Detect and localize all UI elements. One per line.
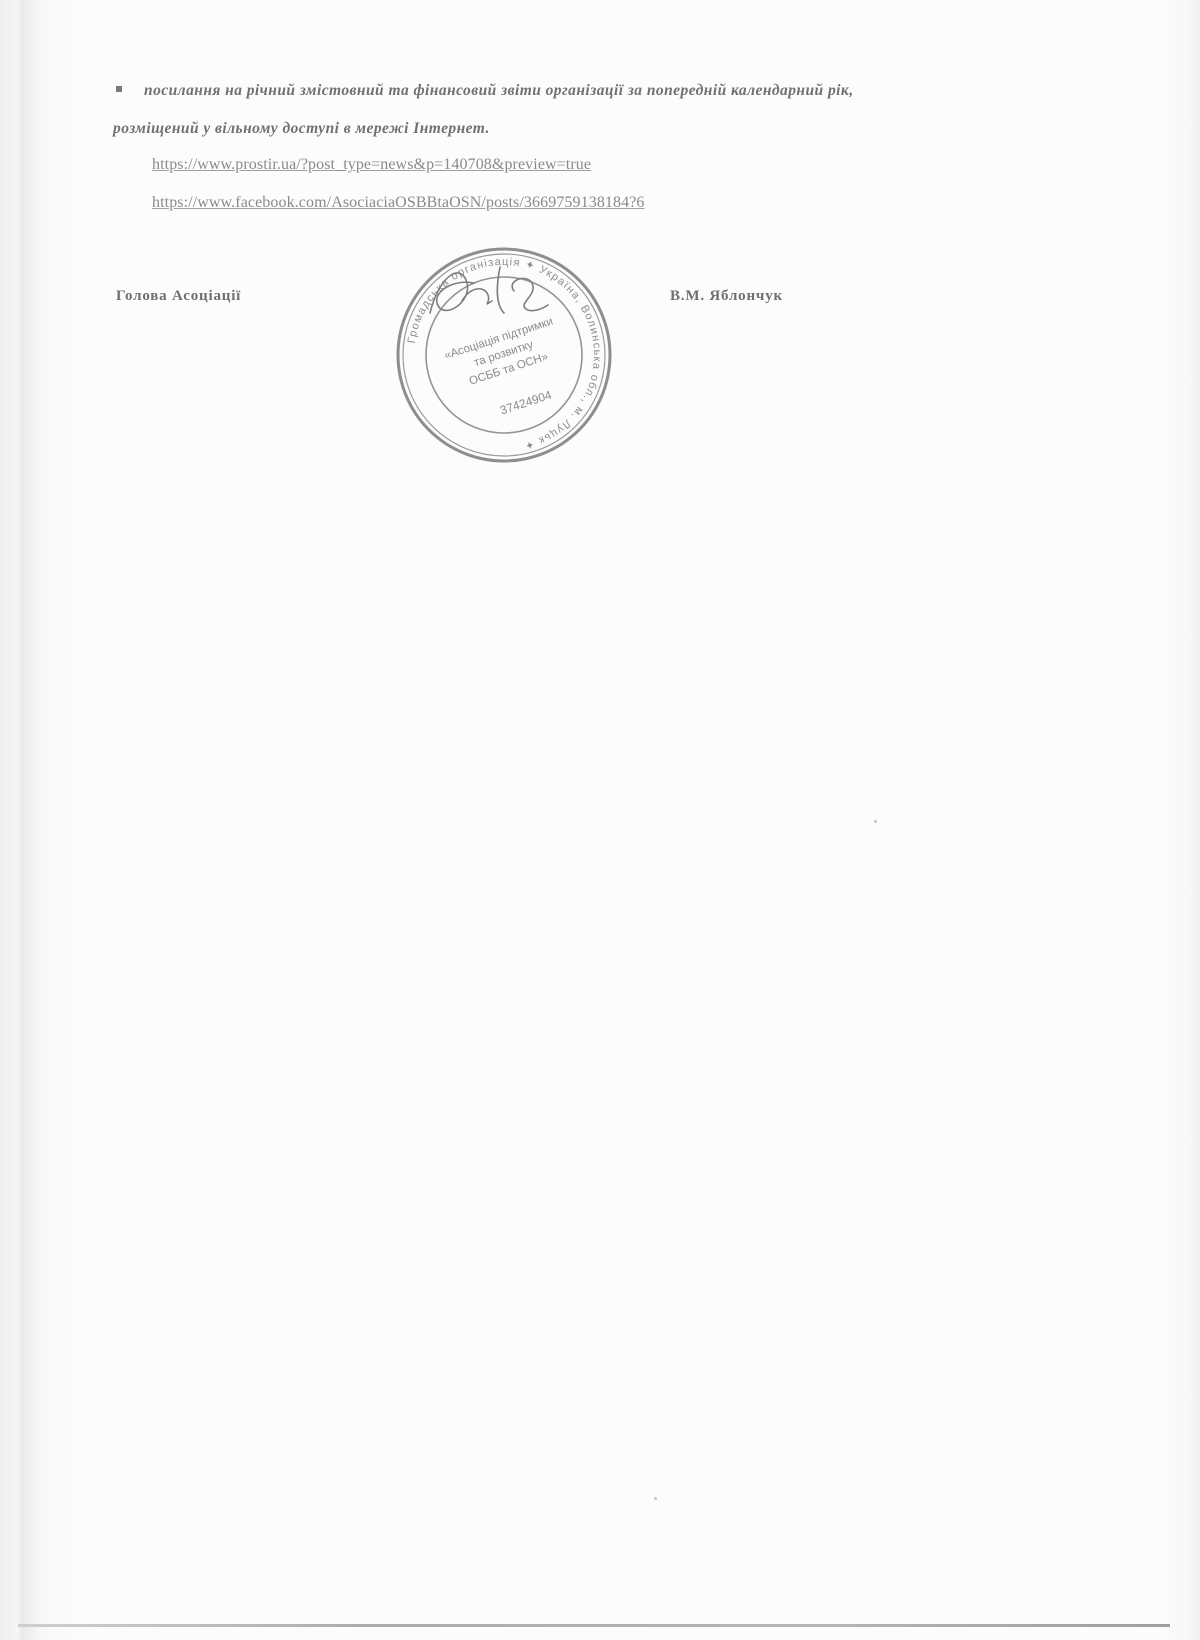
stamp-seal-icon: Громадська організація ✦ Україна, Волинс… [392,243,616,467]
bullet-continuation: розміщений у вільному доступі в мережі І… [113,120,490,138]
scan-speck [654,1497,657,1500]
bullet-text: посилання на річний змістовний та фінанс… [144,82,854,99]
official-stamp: Громадська організація ✦ Україна, Волинс… [392,243,616,467]
prostir-link[interactable]: https://www.prostir.ua/?post_type=news&p… [152,156,591,174]
scan-speck [874,820,877,823]
bullet-item: посилання на річний змістовний та фінанс… [116,82,1106,100]
stamp-code: 37424904 [498,388,553,418]
facebook-link[interactable]: https://www.facebook.com/AsociaciaOSBBta… [152,194,645,212]
bullet-icon [116,86,122,92]
page-bottom-edge [18,1624,1170,1627]
signatory-name: В.М. Яблончук [670,288,783,305]
document-page: посилання на річний змістовний та фінанс… [0,0,1200,1640]
signatory-title: Голова Асоціації [116,288,241,305]
